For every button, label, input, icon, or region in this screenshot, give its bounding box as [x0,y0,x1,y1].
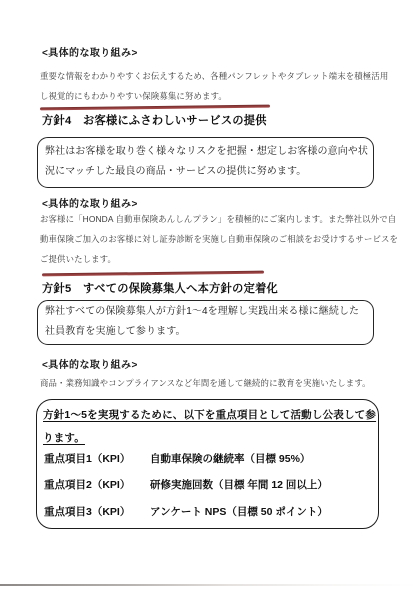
kpi-item-value: アンケート NPS（目標 50 ポイント） [150,505,328,519]
paragraph-line: 動車保険ご加入のお客様に対し証券診断を実施し自動車保険のご相談をお受けするサービ… [40,229,390,249]
initiatives-heading-2: <具体的な取り組み> [42,195,138,210]
policy5-initiative-paragraph: 商品・業務知識やコンプライアンスなど年間を通して継続的に教育を実施いたします。 [40,373,390,393]
policy4-statement-box: 弊社はお客様を取り巻く様々なリスクを把握・想定しお客様の意向や状 況にマッチした… [37,137,374,188]
kpi-item-1: 重点項目1（KPI） 自動車保険の継続率（目標 95%） [44,452,374,466]
kpi-box-title: 方針1～5を実現するために、以下を重点項目として活動し公表して参 ります。 [43,404,369,450]
paragraph-line: ご提供いたします。 [40,249,390,269]
paragraph-line: 商品・業務知識やコンプライアンスなど年間を通して継続的に教育を実施いたします。 [40,373,390,393]
red-divider-line-2 [42,271,264,277]
policy5-statement-box: 弊社すべての保険募集人が方針1～4を理解し実践出来る様に継続した 社員教育を実施… [37,300,374,345]
scan-edge-artifact [0,584,417,586]
kpi-item-2: 重点項目2（KPI） 研修実施回数（目標 年間 12 回以上） [44,478,374,492]
policy5-title: 方針5 すべての保険募集人へ本方針の定着化 [42,280,278,296]
scanned-document-page: <具体的な取り組み> 重要な情報をわかりやすくお伝えするため、各種パンフレットや… [0,0,417,591]
kpi-item-value: 研修実施回数（目標 年間 12 回以上） [150,478,328,492]
box-line: 社員教育を実施して参ります。 [45,322,373,342]
initiatives-heading-1: <具体的な取り組み> [42,44,138,59]
kpi-title-line: 方針1～5を実現するために、以下を重点項目として活動し公表して参 [43,404,369,427]
paragraph-line: し視覚的にもわかりやすい保険募集に努めます。 [40,86,390,106]
kpi-item-3: 重点項目3（KPI） アンケート NPS（目標 50 ポイント） [44,505,374,519]
kpi-item-label: 重点項目1（KPI） [44,452,150,466]
intro-paragraph: 重要な情報をわかりやすくお伝えするため、各種パンフレットやタブレット端末を積極活… [40,66,390,106]
initiatives-heading-3: <具体的な取り組み> [42,356,138,371]
paragraph-line: 重要な情報をわかりやすくお伝えするため、各種パンフレットやタブレット端末を積極活… [40,66,390,86]
policy4-title: 方針4 お客様にふさわしいサービスの提供 [42,112,267,128]
kpi-commitment-box: 方針1～5を実現するために、以下を重点項目として活動し公表して参 ります。 重点… [36,399,379,529]
box-line: 弊社すべての保険募集人が方針1～4を理解し実践出来る様に継続した [45,302,373,322]
kpi-item-label: 重点項目2（KPI） [44,478,150,492]
kpi-item-value: 自動車保険の継続率（目標 95%） [150,452,310,466]
kpi-title-line: ります。 [43,427,85,450]
kpi-item-label: 重点項目3（KPI） [44,505,150,519]
policy4-initiative-paragraph: お客様に「HONDA 自動車保険あんしんプラン」を積極的にご案内します。また弊社… [40,209,390,269]
paragraph-line: お客様に「HONDA 自動車保険あんしんプラン」を積極的にご案内します。また弊社… [40,209,390,229]
box-line: 弊社はお客様を取り巻く様々なリスクを把握・想定しお客様の意向や状 [45,142,373,162]
box-line: 況にマッチした最良の商品・サービスの提供に努めます。 [45,162,373,182]
